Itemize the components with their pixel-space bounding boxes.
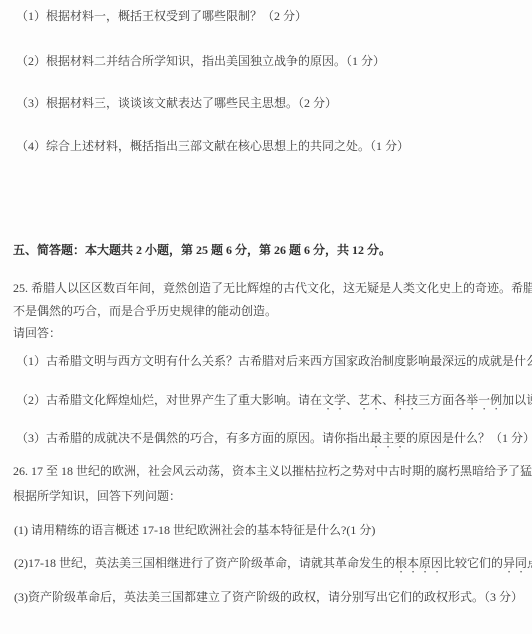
plain-text: （3）古希腊的成就决不是偶然的巧合，有多方面的原因。请你指出 xyxy=(16,431,370,445)
question-25-part-1: （1）古希腊文明与西方文明有什么关系？古希腊对后来西方国家政治制度影响最深远的成… xyxy=(16,353,532,369)
question-26-intro-line-2: 根据所学知识，回答下列问题： xyxy=(13,488,181,504)
prelude-question-part-3: （3）根据材料三，谈谈该文献表达了哪些民主思想。（2 分） xyxy=(16,95,337,111)
question-25-intro-line-1: 25. 希腊人以区区数百年间，竟然创造了无比辉煌的古代文化，这无疑是人类文化史上… xyxy=(13,280,532,296)
question-26-part-1: (1) 请用精练的语言概述 17-18 世纪欧洲社会的基本特征是什么?(1 分) xyxy=(14,522,375,538)
emphasized-text: 科技 xyxy=(394,393,418,407)
question-25-answer-prompt: 请回答： xyxy=(13,325,61,341)
plain-text: （2）古希腊文化辉煌灿烂，对世界产生了重大影响。请在 xyxy=(16,393,322,407)
question-25-part-3: （3）古希腊的成就决不是偶然的巧合，有多方面的原因。请你指出最主要的原因是什么？… xyxy=(16,430,532,451)
exam-paper-page: （1）根据材料一，概括王权受到了哪些限制？（2 分） （2）根据材料二并结合所学… xyxy=(0,0,532,634)
section-five-header: 五、简答题：本大题共 2 小题，第 25 题 6 分，第 26 题 6 分，共 … xyxy=(13,242,391,258)
plain-text: 比较它们的 xyxy=(443,556,503,570)
plain-text: 的原因是什么？（1 分） xyxy=(406,431,532,445)
plain-text: 三方面各 xyxy=(418,393,466,407)
question-26-part-3: (3)资产阶级革命后，英法美三国都建立了资产阶级的政权，请分别写出它们的政权形式… xyxy=(14,589,523,605)
emphasized-text: 文学 xyxy=(322,393,346,407)
emphasized-text: 异同点 xyxy=(503,556,532,570)
plain-text: (2)17-18 世纪，英法美三国相继进行了资产阶级革命，请就其革命发生的 xyxy=(14,556,395,570)
prelude-question-part-2: （2）根据材料二并结合所学知识，指出美国独立战争的原因。（1 分） xyxy=(16,53,385,69)
prelude-question-part-4: （4）综合上述材料，概括指出三部文献在核心思想上的共同之处。（1 分） xyxy=(16,138,409,154)
plain-text: 、 xyxy=(346,393,358,407)
prelude-question-part-1: （1）根据材料一，概括王权受到了哪些限制？（2 分） xyxy=(16,8,307,24)
emphasized-text: 举一例 xyxy=(466,393,502,407)
emphasized-text: 最主要 xyxy=(370,431,406,445)
plain-text: 加以说明。（3 分） xyxy=(502,393,532,407)
question-26-intro-line-1: 26. 17 至 18 世纪的欧洲，社会风云动荡，资本主义以摧枯拉朽之势对中古时… xyxy=(13,463,532,479)
plain-text: 、 xyxy=(382,393,394,407)
question-25-intro-line-2: 不是偶然的巧合，而是合乎历史规律的能动创造。 xyxy=(13,303,277,319)
question-26-part-2: (2)17-18 世纪，英法美三国相继进行了资产阶级革命，请就其革命发生的根本原… xyxy=(14,555,532,576)
emphasized-text: 根本原因 xyxy=(395,556,443,570)
emphasized-text: 艺术 xyxy=(358,393,382,407)
question-25-part-2: （2）古希腊文化辉煌灿烂，对世界产生了重大影响。请在文学、艺术、科技三方面各举一… xyxy=(16,392,532,413)
